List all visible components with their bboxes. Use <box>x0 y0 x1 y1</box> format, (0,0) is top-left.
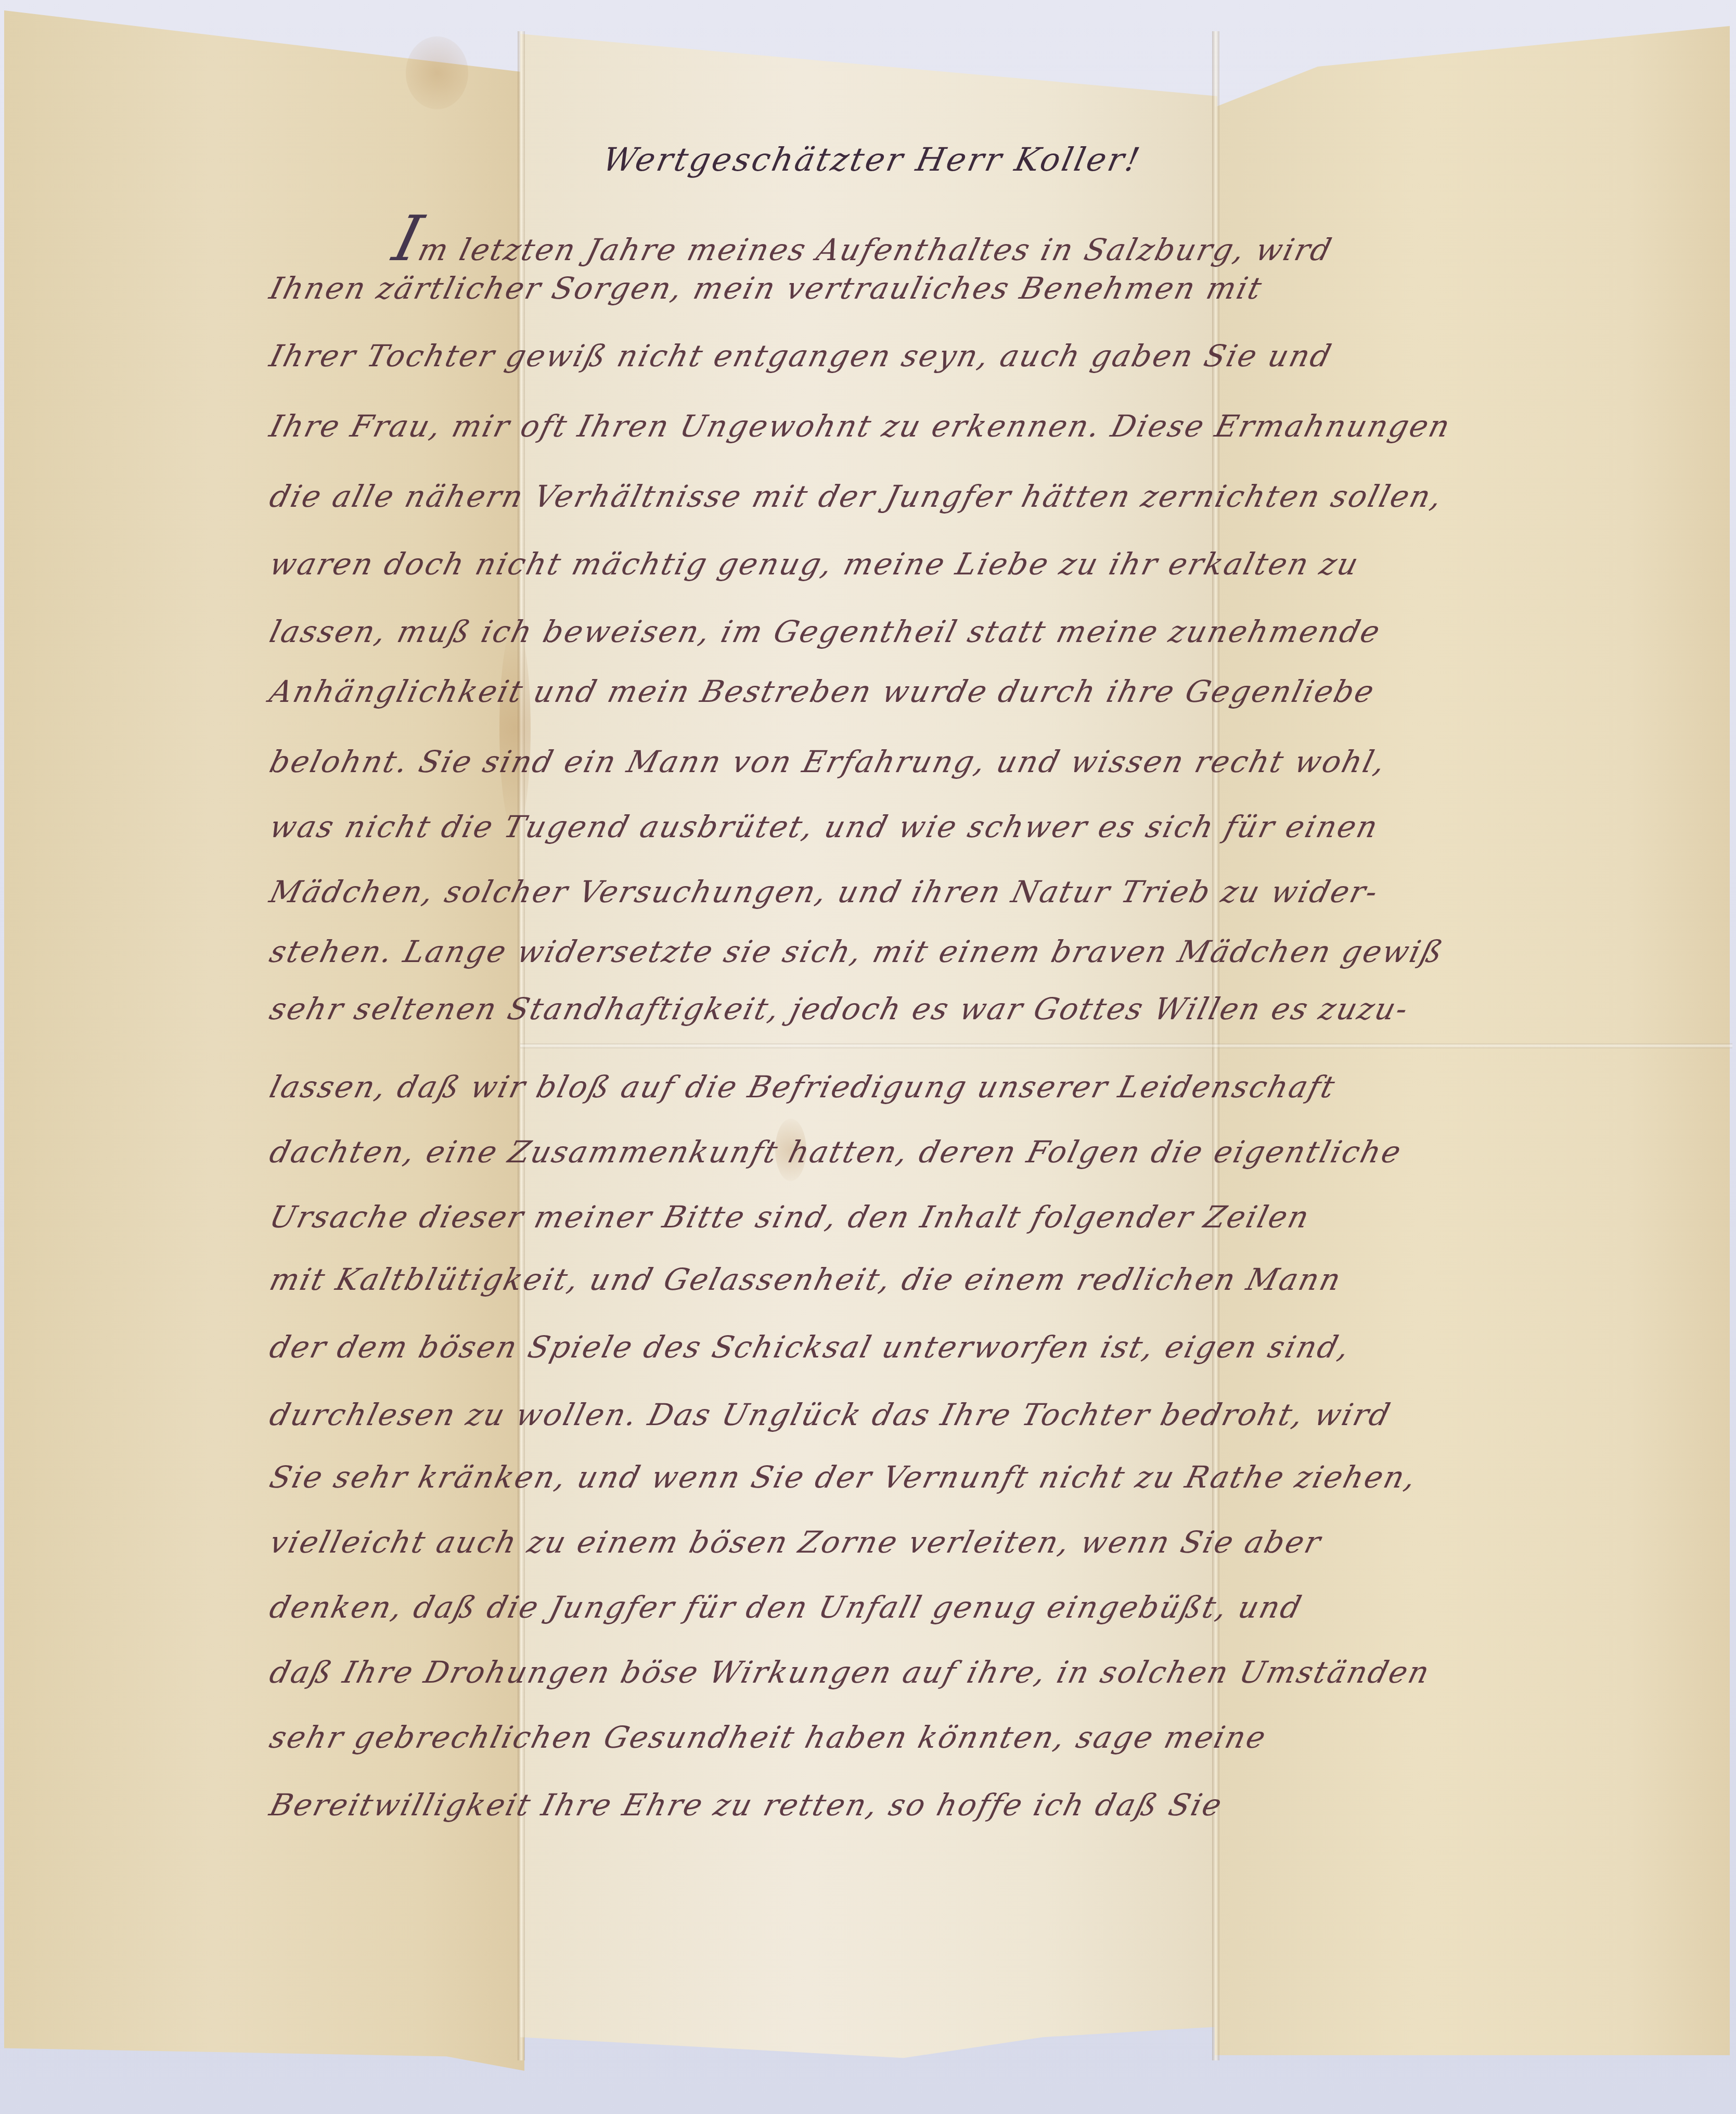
text-line: stehen. Lange widersetzte sie sich, mit … <box>267 937 1731 967</box>
text-line: Ihnen zärtlicher Sorgen, mein vertraulic… <box>267 273 1731 303</box>
text-line: belohnt. Sie sind ein Mann von Erfahrung… <box>267 747 1731 777</box>
text-line: durchlesen zu wollen. Das Unglück das Ih… <box>267 1400 1731 1430</box>
text-line: Im letzten Jahre meines Aufenthaltes in … <box>388 208 1736 271</box>
text-line: lassen, daß wir bloß auf die Befriedigun… <box>267 1072 1731 1102</box>
text-line: vielleicht auch zu einem bösen Zorne ver… <box>267 1527 1731 1557</box>
text-line: was nicht die Tugend ausbrütet, und wie … <box>267 812 1731 842</box>
letter-salutation: Wertgeschätzter Herr Koller! <box>599 140 1145 178</box>
text-line: Ihrer Tochter gewiß nicht entgangen seyn… <box>267 341 1731 371</box>
text-line: waren doch nicht mächtig genug, meine Li… <box>267 549 1731 579</box>
text-line: Ihre Frau, mir oft Ihren Ungewohnt zu er… <box>267 411 1731 441</box>
text-line: sehr gebrechlichen Gesundheit haben könn… <box>267 1722 1731 1752</box>
text-line: Ursache dieser meiner Bitte sind, den In… <box>267 1202 1731 1232</box>
text-line: Mädchen, solcher Versuchungen, und ihren… <box>267 877 1731 907</box>
text-line: lassen, muß ich beweisen, im Gegentheil … <box>267 617 1731 647</box>
text-line: daß Ihre Drohungen böse Wirkungen auf ih… <box>267 1657 1731 1687</box>
text-line: der dem bösen Spiele des Schicksal unter… <box>267 1332 1731 1362</box>
letter-body: Wertgeschätzter Herr Koller! Im letzten … <box>0 0 1736 2114</box>
text-line: sehr seltenen Standhaftigkeit, jedoch es… <box>267 994 1731 1024</box>
text-line: die alle nähern Verhältnisse mit der Jun… <box>267 481 1731 511</box>
text-line: dachten, eine Zusammenkunft hatten, dere… <box>267 1137 1731 1167</box>
text-line: Bereitwilligkeit Ihre Ehre zu retten, so… <box>267 1790 1731 1820</box>
photo-background: Wertgeschätzter Herr Koller! Im letzten … <box>0 0 1736 2114</box>
text-line: Sie sehr kränken, und wenn Sie der Vernu… <box>267 1462 1731 1492</box>
text-line: denken, daß die Jungfer für den Unfall g… <box>267 1592 1731 1622</box>
text-line: Anhänglichkeit und mein Bestreben wurde … <box>267 676 1731 707</box>
text-line: mit Kaltblütigkeit, und Gelassenheit, di… <box>267 1264 1731 1295</box>
